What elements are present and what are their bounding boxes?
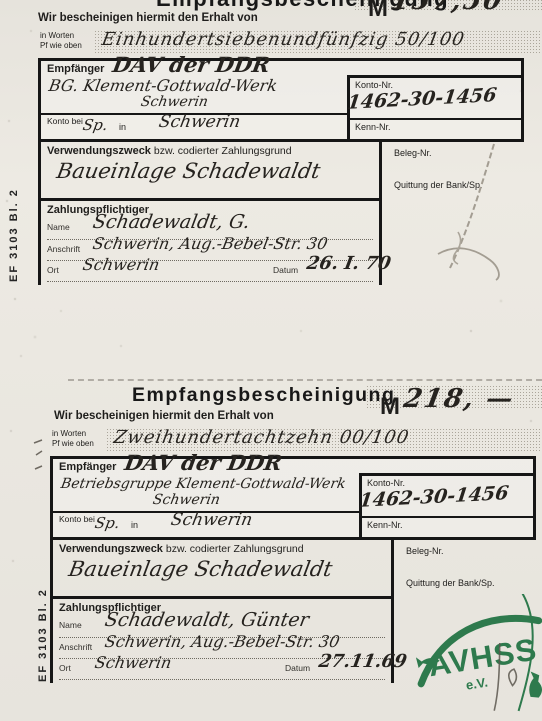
recipient-label: Empfänger (59, 461, 116, 473)
recipient-line3: Schwerin (152, 492, 222, 508)
bank-receipt-label: Quittung der Bank/Sp. (406, 578, 495, 588)
currency-symbol: M (368, 0, 388, 23)
confirmation-text: Wir bescheinigen hiermit den Erhalt von (38, 12, 258, 24)
pf-label: Pf wie oben (40, 41, 82, 50)
account-number-label: Konto-Nr. (355, 80, 393, 90)
recipient-line2: Betriebsgruppe Klement-Gottwald-Werk (60, 476, 347, 492)
in-words-label: in Worten (52, 429, 86, 438)
account-at-value: Sp. (93, 514, 121, 532)
account-at-label: Konto bei (47, 116, 83, 126)
stamp: AVHSS e.V. (416, 594, 542, 721)
name-label: Name (47, 222, 70, 232)
purpose-label: Verwendungszweck bzw. codierter Zahlungs… (47, 145, 292, 157)
in-label: in (119, 122, 126, 132)
place-label: Ort (59, 663, 71, 673)
purpose-value: Baueinlage Schadewaldt (67, 557, 334, 581)
purpose-label: Verwendungszweck bzw. codierter Zahlungs… (59, 543, 304, 555)
in-words-label: in Worten (40, 31, 74, 40)
id-number-label: Kenn-Nr. (355, 122, 391, 132)
amount-words-value: Einhundertsiebenundfünfzig 50/100 (100, 29, 466, 50)
id-number-label: Kenn-Nr. (367, 520, 403, 530)
receipt-number-label: Beleg-Nr. (406, 546, 444, 556)
currency-symbol: M (380, 393, 400, 421)
recipient-label: Empfänger (47, 63, 104, 75)
payer-section: Zahlungspflichtiger Name Schadewaldt, G.… (41, 201, 379, 285)
name-label: Name (59, 620, 82, 630)
recipient-line3: Schwerin (140, 94, 210, 110)
purpose-section: Verwendungszweck bzw. codierter Zahlungs… (41, 142, 379, 201)
account-number-box: Konto-Nr. 1462-30-1456 Kenn-Nr. (347, 75, 521, 139)
recipient-box: Empfänger DAV der DDR Betriebsgruppe Kle… (50, 456, 536, 540)
form-code-vertical: EF 3103 Bl. 2 (8, 188, 20, 282)
pf-label: Pf wie oben (52, 439, 94, 448)
purpose-label-bold: Verwendungszweck (59, 543, 163, 555)
place-label: Ort (47, 265, 59, 275)
recipient-box: Empfänger DAV der DDR BG. Klement-Gottwa… (38, 58, 524, 142)
recipient-line2: BG. Klement-Gottwald-Werk (47, 76, 278, 95)
date-label: Datum (273, 265, 298, 275)
place-underline (47, 281, 373, 282)
date-value: 26. I. 70 (305, 253, 392, 274)
payer-section: Zahlungspflichtiger Name Schadewaldt, Gü… (53, 599, 391, 683)
amount-value: 218, — (401, 384, 517, 414)
place-value: Schwerin (81, 255, 161, 274)
amount-words-value: Zweihundertachtzehn 00/100 (112, 427, 411, 448)
scan-noise (0, 0, 2, 2)
pencil-signature (398, 136, 538, 286)
purpose-label-bold: Verwendungszweck (47, 145, 151, 157)
date-value: 27.11.69 (317, 651, 408, 672)
account-box-divider (350, 118, 521, 120)
purpose-label-rest: bzw. codierter Zahlungsgrund (151, 145, 292, 157)
confirmation-text: Wir bescheinigen hiermit den Erhalt von (54, 410, 274, 422)
date-label: Datum (285, 663, 310, 673)
purpose-label-rest: bzw. codierter Zahlungsgrund (163, 543, 304, 555)
recipient-line1: DAV der DDR (123, 450, 284, 475)
place-value: Schwerin (93, 653, 173, 672)
place-underline (59, 679, 385, 680)
address-value: Schwerin, Aug.-Bebel-Str. 30 (103, 632, 341, 651)
account-number-label: Konto-Nr. (367, 478, 405, 488)
name-value: Schadewaldt, Günter (103, 609, 311, 631)
purpose-section: Verwendungszweck bzw. codierter Zahlungs… (53, 540, 391, 599)
in-label: in (131, 520, 138, 530)
perforation-line (68, 379, 542, 381)
stamp-ev-text: e.V. (465, 674, 489, 692)
name-value: Schadewaldt, G. (91, 211, 252, 233)
account-box-divider (362, 516, 533, 518)
payment-details-box: Verwendungszweck bzw. codierter Zahlungs… (50, 540, 394, 683)
scanned-receipt-document: Empfangsbescheinigung Wir bescheinigen h… (0, 0, 542, 721)
account-place-value: Schwerin (157, 112, 242, 132)
pen-check-marks (30, 439, 48, 479)
account-at-value: Sp. (81, 116, 109, 134)
address-value: Schwerin, Aug.-Bebel-Str. 30 (91, 234, 329, 253)
amount-value: 157,50 (389, 0, 506, 16)
form-title: Empfangsbescheinigung (132, 384, 395, 407)
account-number-box: Konto-Nr. 1462-30-1456 Kenn-Nr. (359, 473, 533, 537)
recipient-line1: DAV der DDR (111, 52, 272, 77)
account-place-value: Schwerin (169, 510, 254, 530)
purpose-value: Baueinlage Schadewaldt (55, 159, 322, 183)
payment-details-box: Verwendungszweck bzw. codierter Zahlungs… (38, 142, 382, 285)
address-label: Anschrift (47, 244, 80, 254)
stamp-group: AVHSS e.V. (416, 594, 542, 721)
address-label: Anschrift (59, 642, 92, 652)
form-code-vertical: EF 3103 Bl. 2 (37, 588, 49, 682)
account-at-label: Konto bei (59, 514, 95, 524)
receipt-form-top: Empfangsbescheinigung Wir bescheinigen h… (38, 0, 542, 296)
